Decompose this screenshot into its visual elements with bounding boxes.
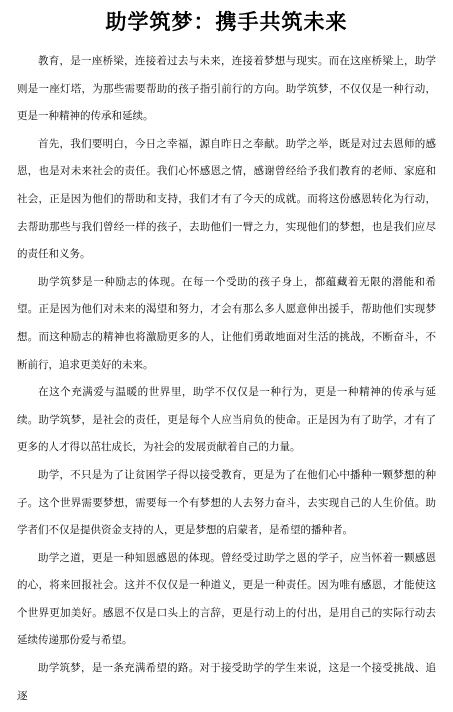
document-title: 助学筑梦：携手共筑未来 [17, 8, 436, 38]
paragraph-5: 助学，不只是为了让贫困学子得以接受教育，更是为了在他们心中播种一颗梦想的种子。这… [17, 462, 436, 545]
paragraph-1: 教育，是一座桥梁，连接着过去与未来，连接着梦想与现实。而在这座桥梁上，助学则是一… [17, 48, 436, 131]
paragraph-6: 助学之道，更是一种知恩感恩的体现。曾经受过助学之恩的学子，应当怀着一颗感恩的心，… [17, 545, 436, 655]
document-page: 助学筑梦：携手共筑未来 教育，是一座桥梁，连接着过去与未来，连接着梦想与现实。而… [0, 0, 453, 712]
paragraph-4: 在这个充满爱与温暖的世界里，助学不仅仅是一种行为，更是一种精神的传承与延续。助学… [17, 379, 436, 462]
paragraph-7: 助学筑梦，是一条充满希望的路。对于接受助学的学生来说，这是一个接受挑战、追逐 [17, 655, 436, 710]
paragraph-3: 助学筑梦是一种励志的体现。在每一个受助的孩子身上，都蕴藏着无限的潜能和希望。正是… [17, 269, 436, 379]
paragraph-2: 首先，我们要明白，今日之幸福，源自昨日之奉献。助学之举，既是对过去恩师的感恩，也… [17, 131, 436, 269]
